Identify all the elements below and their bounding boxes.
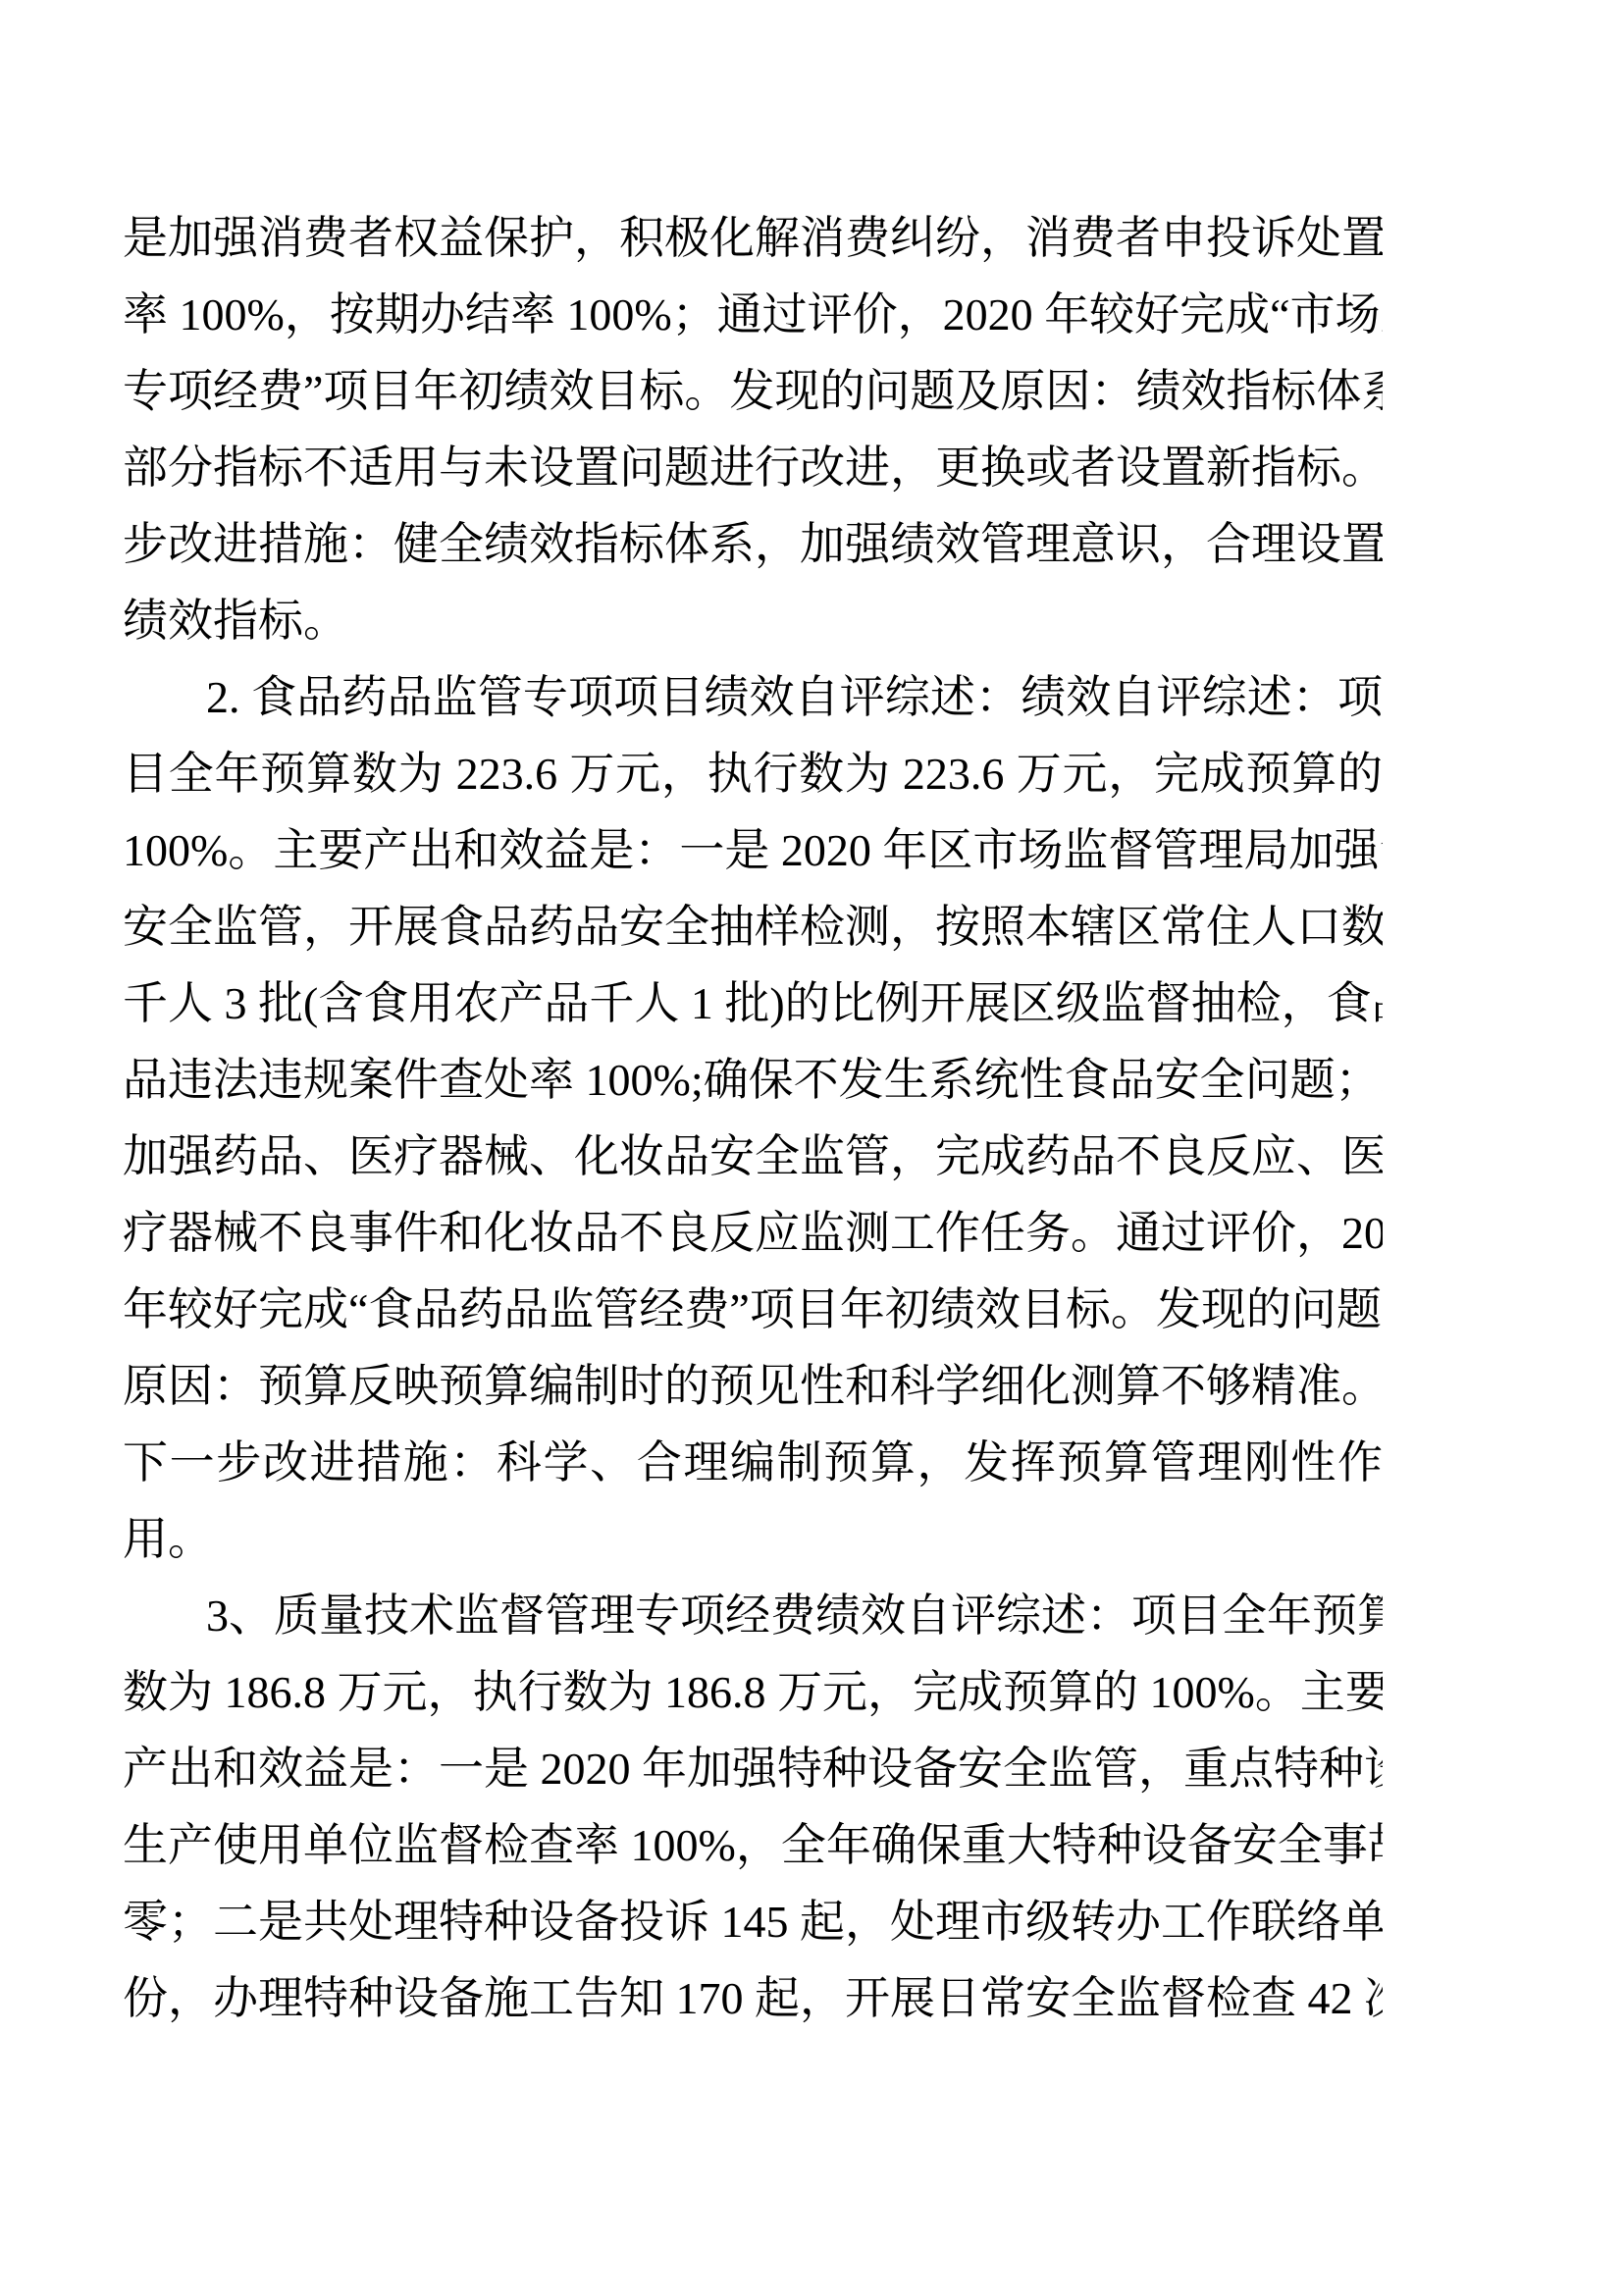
document-text-block: 是加强消费者权益保护，积极化解消费纠纷，消费者申投诉处置 率 100%，按期办结… [123,200,1383,2037]
text-line: 产出和效益是：一是 2020 年加强特种设备安全监管，重点特种设备 [123,1731,1383,1807]
document-page: 是加强消费者权益保护，积极化解消费纠纷，消费者申投诉处置 率 100%，按期办结… [0,0,1624,2295]
text-line: 份，办理特种设备施工告知 170 起，开展日常安全监督检查 42 次，检 [123,1960,1383,2037]
text-line: 加强药品、医疗器械、化妆品安全监管，完成药品不良反应、医 [123,1119,1383,1195]
text-line: 千人 3 批(含食用农产品千人 1 批)的比例开展区级监督抽检，食品药 [123,965,1383,1042]
text-line: 绩效指标。 [123,583,1383,659]
text-line: 步改进措施：健全绩效指标体系，加强绩效管理意识，合理设置年初 [123,506,1383,583]
text-line: 下一步改进措施：科学、合理编制预算，发挥预算管理刚性作 [123,1425,1383,1501]
text-line: 安全监管，开展食品药品安全抽样检测，按照本辖区常住人口数量的 [123,889,1383,965]
text-line: 品违法违规案件查处率 100%;确保不发生系统性食品安全问题；二是 [123,1042,1383,1119]
text-line: 用。 [123,1501,1383,1578]
text-line: 原因：预算反映预算编制时的预见性和科学细化测算不够精准。 [123,1348,1383,1425]
text-line-paragraph-start: 3、质量技术监督管理专项经费绩效自评综述：项目全年预算 [123,1578,1383,1654]
text-line: 率 100%，按期办结率 100%；通过评价，2020 年较好完成“市场监管 [123,277,1383,353]
text-line: 部分指标不适用与未设置问题进行改进，更换或者设置新指标。下一 [123,430,1383,506]
text-line-paragraph-start: 2. 食品药品监管专项项目绩效自评综述：绩效自评综述：项 [123,659,1383,736]
text-line: 目全年预算数为 223.6 万元，执行数为 223.6 万元，完成预算的 [123,736,1383,812]
text-line: 是加强消费者权益保护，积极化解消费纠纷，消费者申投诉处置 [123,200,1383,277]
text-line: 年较好完成“食品药品监管经费”项目年初绩效目标。发现的问题及 [123,1272,1383,1348]
text-line: 生产使用单位监督检查率 100%，全年确保重大特种设备安全事故为 [123,1807,1383,1884]
text-line: 零；二是共处理特种设备投诉 145 起，处理市级转办工作联络单 194 [123,1884,1383,1960]
text-line: 数为 186.8 万元，执行数为 186.8 万元，完成预算的 100%。主要 [123,1654,1383,1731]
text-line: 100%。主要产出和效益是：一是 2020 年区市场监督管理局加强食品 [123,812,1383,889]
text-line: 疗器械不良事件和化妆品不良反应监测工作任务。通过评价，2020 [123,1195,1383,1272]
text-line: 专项经费”项目年初绩效目标。发现的问题及原因：绩效指标体系中 [123,353,1383,430]
